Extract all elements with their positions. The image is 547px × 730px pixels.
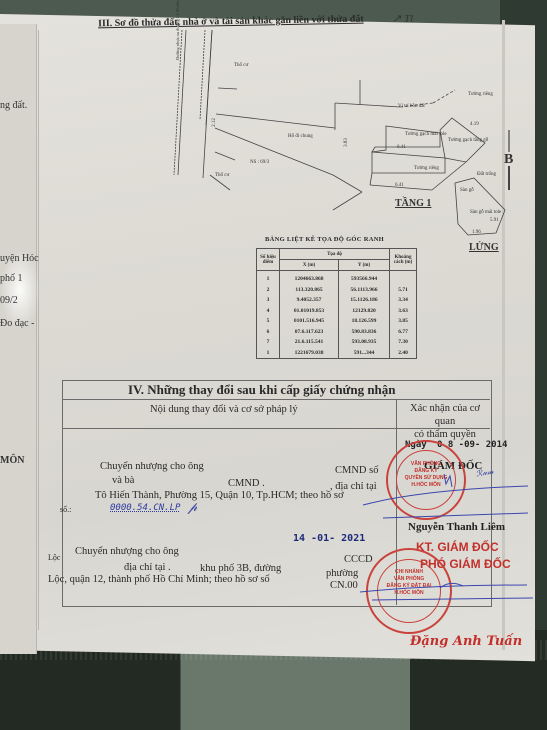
pen-strokes bbox=[0, 0, 547, 730]
